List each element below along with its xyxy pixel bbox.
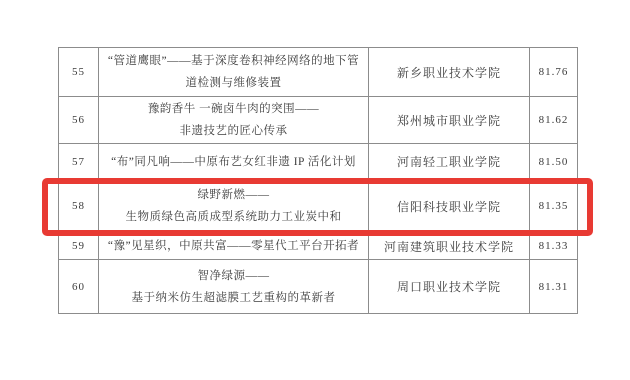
institution: 河南轻工职业学院 [369, 144, 530, 180]
project-line: 绿野新燃—— [101, 184, 366, 206]
project-name: 豫韵香牛 一碗卤牛肉的突围—— 非遗技艺的匠心传承 [99, 97, 369, 144]
table-row: 59 “豫”见星织，中原共富——零星代工平台开拓者 河南建筑职业技术学院 81.… [59, 233, 578, 260]
score: 81.62 [530, 97, 578, 144]
score: 81.76 [530, 48, 578, 97]
project-line: 基于纳米仿生超滤膜工艺重构的革新者 [101, 287, 366, 309]
institution: 信阳科技职业学院 [369, 180, 530, 233]
row-number: 58 [59, 180, 99, 233]
project-name: “管道鹰眼”——基于深度卷积神经网络的地下管 道检测与维修装置 [99, 48, 369, 97]
project-line: “豫”见星织，中原共富——零星代工平台开拓者 [101, 235, 366, 257]
project-line: 生物质绿色高质成型系统助力工业炭中和 [101, 206, 366, 228]
project-line: 道检测与维修装置 [101, 72, 366, 94]
institution: 周口职业技术学院 [369, 260, 530, 314]
project-line: 非遗技艺的匠心传承 [101, 120, 366, 142]
table-row: 57 “布”同凡响——中原布艺女红非遗 IP 活化计划 河南轻工职业学院 81.… [59, 144, 578, 180]
table-row-highlighted: 58 绿野新燃—— 生物质绿色高质成型系统助力工业炭中和 信阳科技职业学院 81… [59, 180, 578, 233]
project-line: 豫韵香牛 一碗卤牛肉的突围—— [101, 98, 366, 120]
project-name: 智净绿源—— 基于纳米仿生超滤膜工艺重构的革新者 [99, 260, 369, 314]
table-row: 56 豫韵香牛 一碗卤牛肉的突围—— 非遗技艺的匠心传承 郑州城市职业学院 81… [59, 97, 578, 144]
table-row: 55 “管道鹰眼”——基于深度卷积神经网络的地下管 道检测与维修装置 新乡职业技… [59, 48, 578, 97]
project-name: “布”同凡响——中原布艺女红非遗 IP 活化计划 [99, 144, 369, 180]
score: 81.50 [530, 144, 578, 180]
score: 81.31 [530, 260, 578, 314]
row-number: 56 [59, 97, 99, 144]
row-number: 55 [59, 48, 99, 97]
score: 81.35 [530, 180, 578, 233]
institution: 河南建筑职业技术学院 [369, 233, 530, 260]
project-name: 绿野新燃—— 生物质绿色高质成型系统助力工业炭中和 [99, 180, 369, 233]
institution: 新乡职业技术学院 [369, 48, 530, 97]
project-line: “布”同凡响——中原布艺女红非遗 IP 活化计划 [101, 151, 366, 173]
document-page: 55 “管道鹰眼”——基于深度卷积神经网络的地下管 道检测与维修装置 新乡职业技… [0, 0, 630, 380]
row-number: 57 [59, 144, 99, 180]
row-number: 59 [59, 233, 99, 260]
ranking-table: 55 “管道鹰眼”——基于深度卷积神经网络的地下管 道检测与维修装置 新乡职业技… [58, 47, 578, 314]
project-name: “豫”见星织，中原共富——零星代工平台开拓者 [99, 233, 369, 260]
project-line: 智净绿源—— [101, 265, 366, 287]
score: 81.33 [530, 233, 578, 260]
project-line: “管道鹰眼”——基于深度卷积神经网络的地下管 [101, 50, 366, 72]
table-row: 60 智净绿源—— 基于纳米仿生超滤膜工艺重构的革新者 周口职业技术学院 81.… [59, 260, 578, 314]
institution: 郑州城市职业学院 [369, 97, 530, 144]
row-number: 60 [59, 260, 99, 314]
